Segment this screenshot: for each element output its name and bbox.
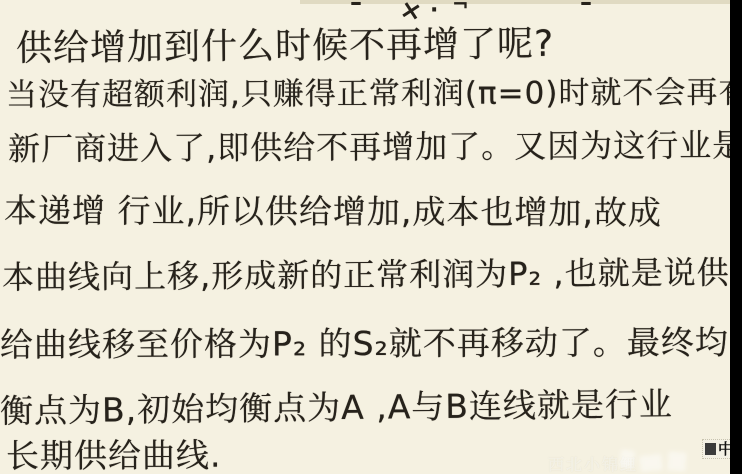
paper-top-edge bbox=[300, 0, 742, 4]
handwriting-line-2: 当没有超额利润,只赚得正常利润(π=0)时就不会再有 bbox=[6, 67, 742, 115]
watermark-logo bbox=[667, 451, 686, 471]
handwriting-line-8: 长期供给曲线. bbox=[6, 430, 222, 474]
screen-edge-bar bbox=[730, 0, 742, 474]
watermark-logo bbox=[639, 454, 663, 472]
handwriting-line-6: 给曲线移至价格为P₂ 的S₂就不再移动了。最终均 bbox=[0, 317, 729, 367]
handwriting-line-1: 供给增加到什么时候不再增了呢? bbox=[16, 16, 555, 72]
stroke-fragment: – bbox=[350, 0, 362, 16]
watermark-logo bbox=[619, 449, 635, 469]
badge-logo-icon: ▣ bbox=[705, 443, 716, 455]
handwriting-line-5: 本曲线向上移,形成新的正常利润为P₂ ,也就是说供 bbox=[2, 247, 730, 298]
stroke-fragment: ¬ bbox=[452, 0, 469, 16]
handwriting-line-7: 衡点为B,初始均衡点为A ,A与B连线就是行业 bbox=[0, 378, 673, 432]
notebook-page: – × · ¬ – 供给增加到什么时候不再增了呢? 当没有超额利润,只赚得正常利… bbox=[0, 0, 742, 474]
stroke-fragment: – bbox=[580, 0, 592, 16]
handwriting-line-4: 本递增 行业,所以供给增加,成本也增加,故成 bbox=[4, 185, 662, 234]
handwriting-line-3: 新厂商进入了,即供给不再增加了。又因为这行业是成 bbox=[8, 120, 742, 170]
